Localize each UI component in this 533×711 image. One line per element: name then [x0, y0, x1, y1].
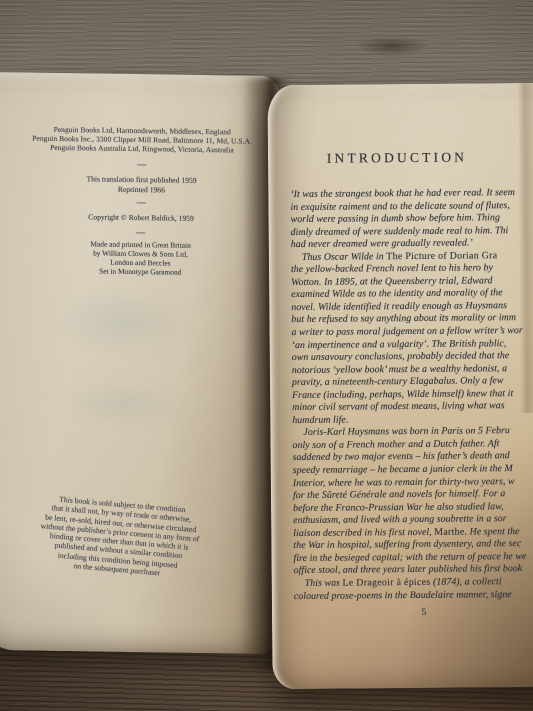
photo-open-book: Penguin Books Ltd, Harmondsworth, Middle…: [0, 0, 533, 711]
text-segment: but he refused to say anything about its…: [291, 313, 516, 326]
text-segment: ‘It was the strangest book that he had e…: [290, 187, 515, 200]
text-segment: office stool, and three years later publ…: [294, 563, 523, 576]
page-bleedthrough-smudge: [38, 273, 209, 370]
text-segment: Marthe: [434, 526, 464, 537]
text-segment: The Picture of Dorian Gra: [386, 250, 497, 262]
text-segment: humdrum life.: [292, 414, 348, 425]
text-segment: speedy remarriage – he became a junior c…: [293, 463, 513, 476]
paragraph: ‘It was the strangest book that he had e…: [290, 187, 523, 252]
text-segment: Le Drageoir à épices: [342, 577, 430, 589]
paragraph: This was Le Drageoir à épices (1874), a …: [294, 576, 527, 603]
text-segment: Wotton. In 1895, at the Queensberry tria…: [291, 275, 492, 288]
text-segment: France (including, perhaps, Wilde himsel…: [292, 388, 513, 401]
publisher-imprint: Penguin Books Ltd, Harmondsworth, Middle…: [17, 124, 267, 155]
text-segment: only son of a French mother and a Dutch …: [292, 438, 499, 451]
text-segment: minor civil servant of modest means, liv…: [292, 400, 505, 413]
page-number: 5: [292, 607, 533, 619]
text-segment: had never dreamed were gradually reveale…: [291, 238, 473, 251]
text-segment: for the Sûreté Générale and novels for h…: [293, 488, 505, 501]
text-segment: the yellow-backed French novel lent to h…: [291, 263, 493, 276]
intro-paragraphs: ‘It was the strangest book that he had e…: [290, 187, 527, 603]
divider-dash: —: [16, 196, 266, 208]
text-segment: a writer to pass moral judgement on a fe…: [291, 325, 522, 338]
text-segment: Joris-Karl Huysmans was born in Paris on…: [303, 426, 510, 439]
left-page: Penguin Books Ltd, Harmondsworth, Middle…: [0, 72, 282, 654]
text-segment: own unsavoury conclusions, probably deci…: [292, 350, 510, 363]
divider-dash: —: [17, 158, 267, 170]
text-segment: in exquisite raiment and to the delicate…: [290, 200, 510, 213]
copyright-line: Copyright © Robert Baldick, 1959: [16, 211, 266, 223]
text-segment: world were passing in dumb show before h…: [290, 212, 499, 225]
text-segment: This was: [305, 578, 343, 589]
text-segment: novel. Wilde identified it readily enoug…: [291, 300, 507, 313]
text-segment: saddened by two major events – his fathe…: [293, 451, 510, 464]
text-segment: before the Franco-Prussian War he also s…: [293, 501, 504, 514]
text-line: minor civil servant of modest means, liv…: [292, 400, 525, 415]
text-segment: (1874), a collecti: [430, 576, 501, 588]
chapter-title: INTRODUCTION: [288, 149, 506, 167]
text-segment: liaison described in his first novel,: [293, 527, 434, 539]
edition-history: This translation first published 1959Rep…: [16, 173, 266, 195]
paragraph: Thus Oscar Wilde in The Picture of Doria…: [291, 250, 525, 428]
text-segment: notorious ‘yellow book’ must be a wealth…: [292, 363, 507, 376]
text-segment: Interior, where he was to remain for thi…: [293, 476, 515, 489]
text-segment: Thus Oscar Wilde in: [302, 251, 386, 263]
printer-info: Made and printed in Great Britainby Will…: [15, 239, 265, 278]
text-segment: coloured prose-poems in the Baudelaire m…: [294, 589, 512, 602]
text-line: coloured prose-poems in the Baudelaire m…: [294, 588, 527, 603]
text-line: dimly dreamed of were suddenly made real…: [291, 225, 524, 240]
text-segment: examined Wilde as to the identity and mo…: [291, 288, 502, 301]
page-bleedthrough-smudge: [47, 375, 198, 432]
text-segment: . He spent the: [465, 526, 520, 537]
text-segment: dimly dreamed of were suddenly made real…: [291, 225, 509, 238]
paragraph: Joris-Karl Huysmans was born in Paris on…: [292, 425, 526, 578]
divider-dash: —: [16, 226, 266, 238]
conditions-of-sale: This book is sold subject to the conditi…: [0, 490, 242, 584]
text-segment: the War in hospital, suffering from dyse…: [293, 538, 521, 551]
text-segment: fire in the besieged capital; with the r…: [293, 551, 526, 564]
text-segment: enthusiasm, and lived with a young soubr…: [293, 513, 507, 526]
text-segment: pravity, a nineteenth-century Elagabalus…: [292, 375, 504, 388]
text-segment: ‘an impertinence and a vulgarity’. The B…: [292, 338, 507, 351]
right-page: INTRODUCTION ‘It was the strangest book …: [267, 83, 533, 689]
